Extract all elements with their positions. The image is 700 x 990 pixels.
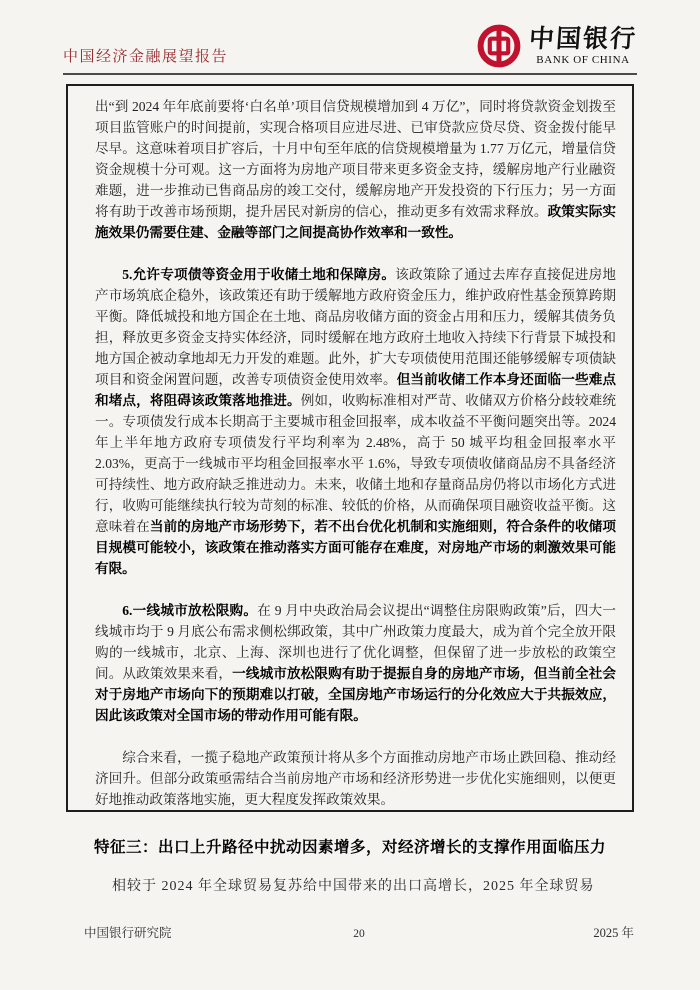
bank-of-china-logo: 中国银行 BANK OF CHINA bbox=[476, 23, 637, 73]
text-segment: 例如，收购标准相对严苛、收储双方价格分歧较难统一。专项债发行成本长期高于主要城市… bbox=[95, 393, 616, 534]
footer-year: 2025 年 bbox=[365, 923, 634, 941]
page-footer: 中国银行研究院 20 2025 年 bbox=[66, 923, 634, 941]
bank-logo-text: 中国银行 BANK OF CHINA bbox=[529, 27, 637, 66]
paragraph-special-bond-policy: 5.允许专项债等资金用于收储土地和保障房。该政策除了通过去库存直接促进房地产市场… bbox=[95, 264, 616, 579]
footer-page-number: 20 bbox=[353, 928, 365, 940]
section-heading-feature-three: 特征三：出口上升路径中扰动因素增多，对经济增长的支撑作用面临压力 bbox=[40, 835, 660, 857]
bank-name-english: BANK OF CHINA bbox=[536, 55, 629, 66]
bold-text-segment: 6.一线城市放松限购。 bbox=[122, 603, 257, 618]
paragraph-overall-summary: 综合来看，一揽子稳地产政策预计将从多个方面推动房地产市场止跌回稳、推动经济回升。… bbox=[95, 747, 616, 810]
text-segment: 出“到 2024 年年底前要将‘白名单’项目信贷规模增加到 4 万亿”，同时将贷… bbox=[95, 99, 616, 219]
report-page: 中国经济金融展望报告 中国银行 BANK OF CHINA 出“到 2024 年… bbox=[0, 0, 700, 990]
paragraph-tier1-city-purchase-limits: 6.一线城市放松限购。在 9 月中央政治局会议提出“调整住房限购政策”后，四大一… bbox=[95, 600, 616, 726]
text-segment: 综合来看，一揽子稳地产政策预计将从多个方面推动房地产市场止跌回稳、推动经济回升。… bbox=[95, 750, 616, 807]
text-segment: 该政策除了通过去库存直接促进房地产市场筑底企稳外，该政策还有助于缓解地方政府资金… bbox=[95, 267, 616, 387]
boc-coin-emblem-icon bbox=[476, 23, 522, 69]
body-paragraph-export-outlook: 相较于 2024 年全球贸易复苏给中国带来的出口高增长，2025 年全球贸易 bbox=[84, 876, 616, 898]
bank-name-chinese: 中国银行 bbox=[528, 27, 638, 52]
bold-text-segment: 5.允许专项债等资金用于收储土地和保障房。 bbox=[122, 267, 395, 282]
paragraph-whitelist-credit-policy: 出“到 2024 年年底前要将‘白名单’项目信贷规模增加到 4 万亿”，同时将贷… bbox=[95, 96, 616, 243]
content-box: 出“到 2024 年年底前要将‘白名单’项目信贷规模增加到 4 万亿”，同时将贷… bbox=[66, 84, 634, 812]
footer-institute-name: 中国银行研究院 bbox=[66, 923, 353, 941]
bold-text-segment: 当前的房地产市场形势下，若不出台优化机制和实施细则，符合条件的收储项目规模可能较… bbox=[95, 519, 616, 576]
report-series-title: 中国经济金融展望报告 bbox=[63, 45, 228, 73]
page-header: 中国经济金融展望报告 中国银行 BANK OF CHINA bbox=[63, 0, 637, 75]
